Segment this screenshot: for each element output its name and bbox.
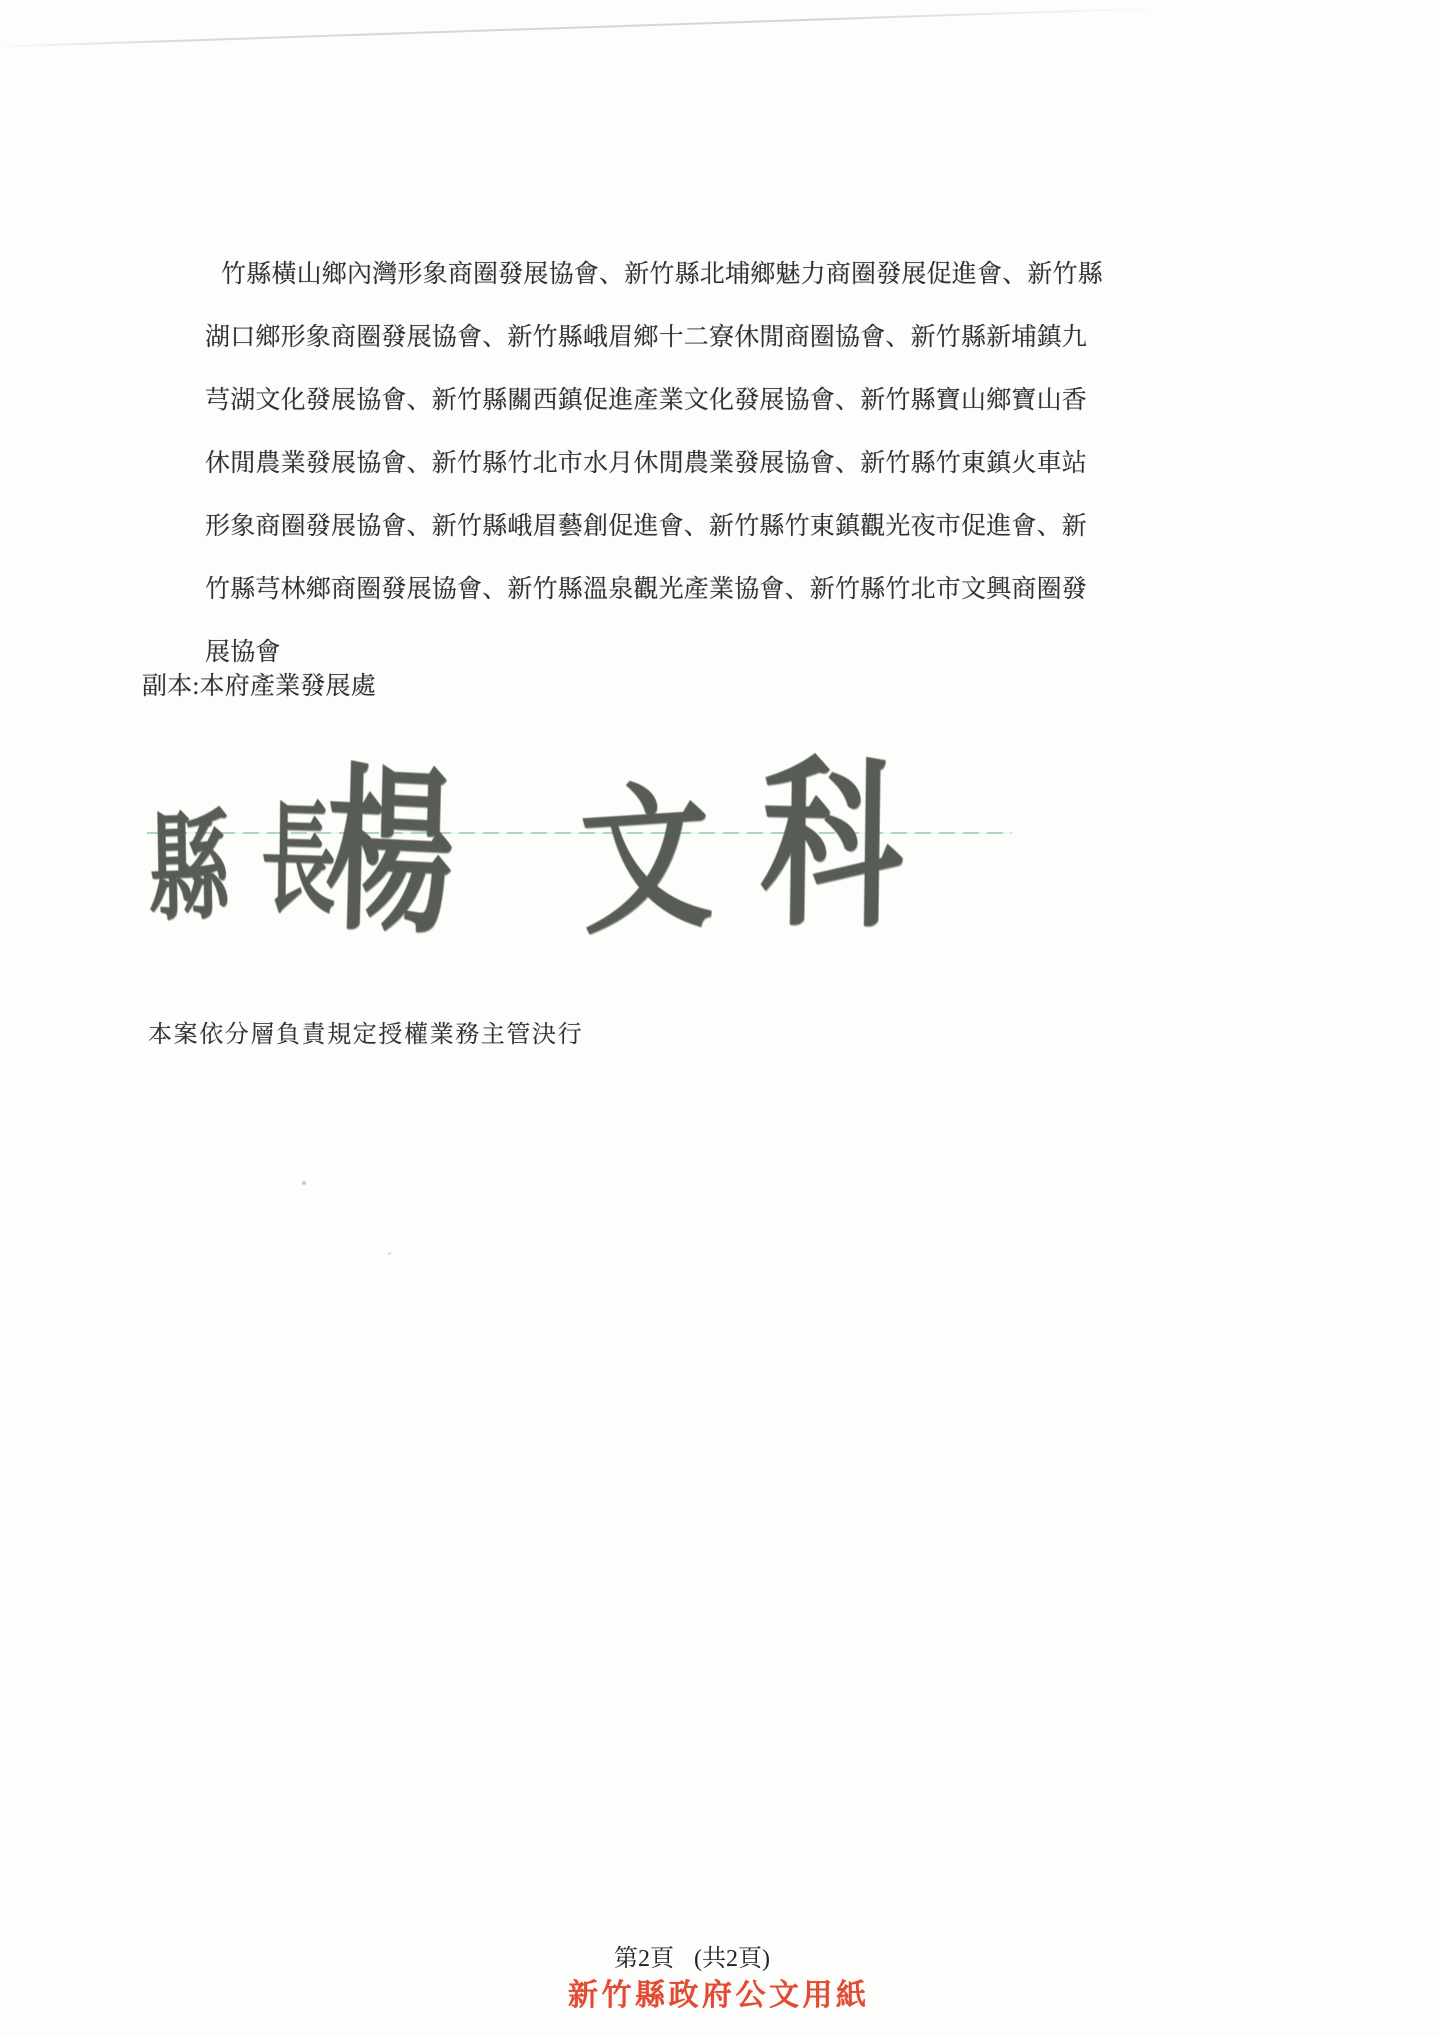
- official-paper-label: 新竹縣政府公文用紙: [568, 1970, 870, 2014]
- page-total-label: (共2頁): [694, 1938, 770, 1973]
- recipient-line: 竹縣橫山鄉內灣形象商圈發展協會、新竹縣北埔鄉魅力商圈發展促進會、新竹縣: [205, 243, 1105, 306]
- recipient-line: 湖口鄉形象商圈發展協會、新竹縣峨眉鄉十二寮休閒商圈協會、新竹縣新埔鎮九: [205, 306, 1105, 369]
- recipient-line: 芎湖文化發展協會、新竹縣關西鎮促進產業文化發展協會、新竹縣寶山鄉寶山香: [205, 369, 1105, 432]
- scan-speck: [302, 1181, 306, 1185]
- delegation-note: 本案依分層負責規定授權業務主管決行: [148, 1014, 583, 1049]
- signature-name-char: 楊: [324, 762, 457, 946]
- recipient-line: 竹縣芎林鄉商圈發展協會、新竹縣溫泉觀光產業協會、新竹縣竹北市文興商圈發: [205, 558, 1105, 621]
- scanned-document-page: 竹縣橫山鄉內灣形象商圈發展協會、新竹縣北埔鄉魅力商圈發展促進會、新竹縣 湖口鄉形…: [0, 0, 1440, 2037]
- page-number-label: 第2頁: [614, 1938, 674, 1973]
- recipient-line: 形象商圈發展協會、新竹縣峨眉藝創促進會、新竹縣竹東鎮觀光夜市促進會、新: [205, 495, 1105, 558]
- recipient-line: 休閒農業發展協會、新竹縣竹北市水月休閒農業發展協會、新竹縣竹東鎮火車站: [205, 432, 1105, 495]
- signature-name-char: 科: [760, 756, 904, 941]
- scan-artifact-line: [0, 7, 1169, 48]
- scan-speck: [388, 1252, 391, 1255]
- page-number-footer: 第2頁 (共2頁): [614, 1938, 770, 1973]
- signature-name-char: 文: [578, 780, 714, 946]
- recipient-list-paragraph: 竹縣橫山鄉內灣形象商圈發展協會、新竹縣北埔鄉魅力商圈發展促進會、新竹縣 湖口鄉形…: [205, 243, 1105, 684]
- copy-to-line: 副本:本府產業發展處: [142, 666, 376, 702]
- signature-title-char: 縣: [148, 809, 230, 930]
